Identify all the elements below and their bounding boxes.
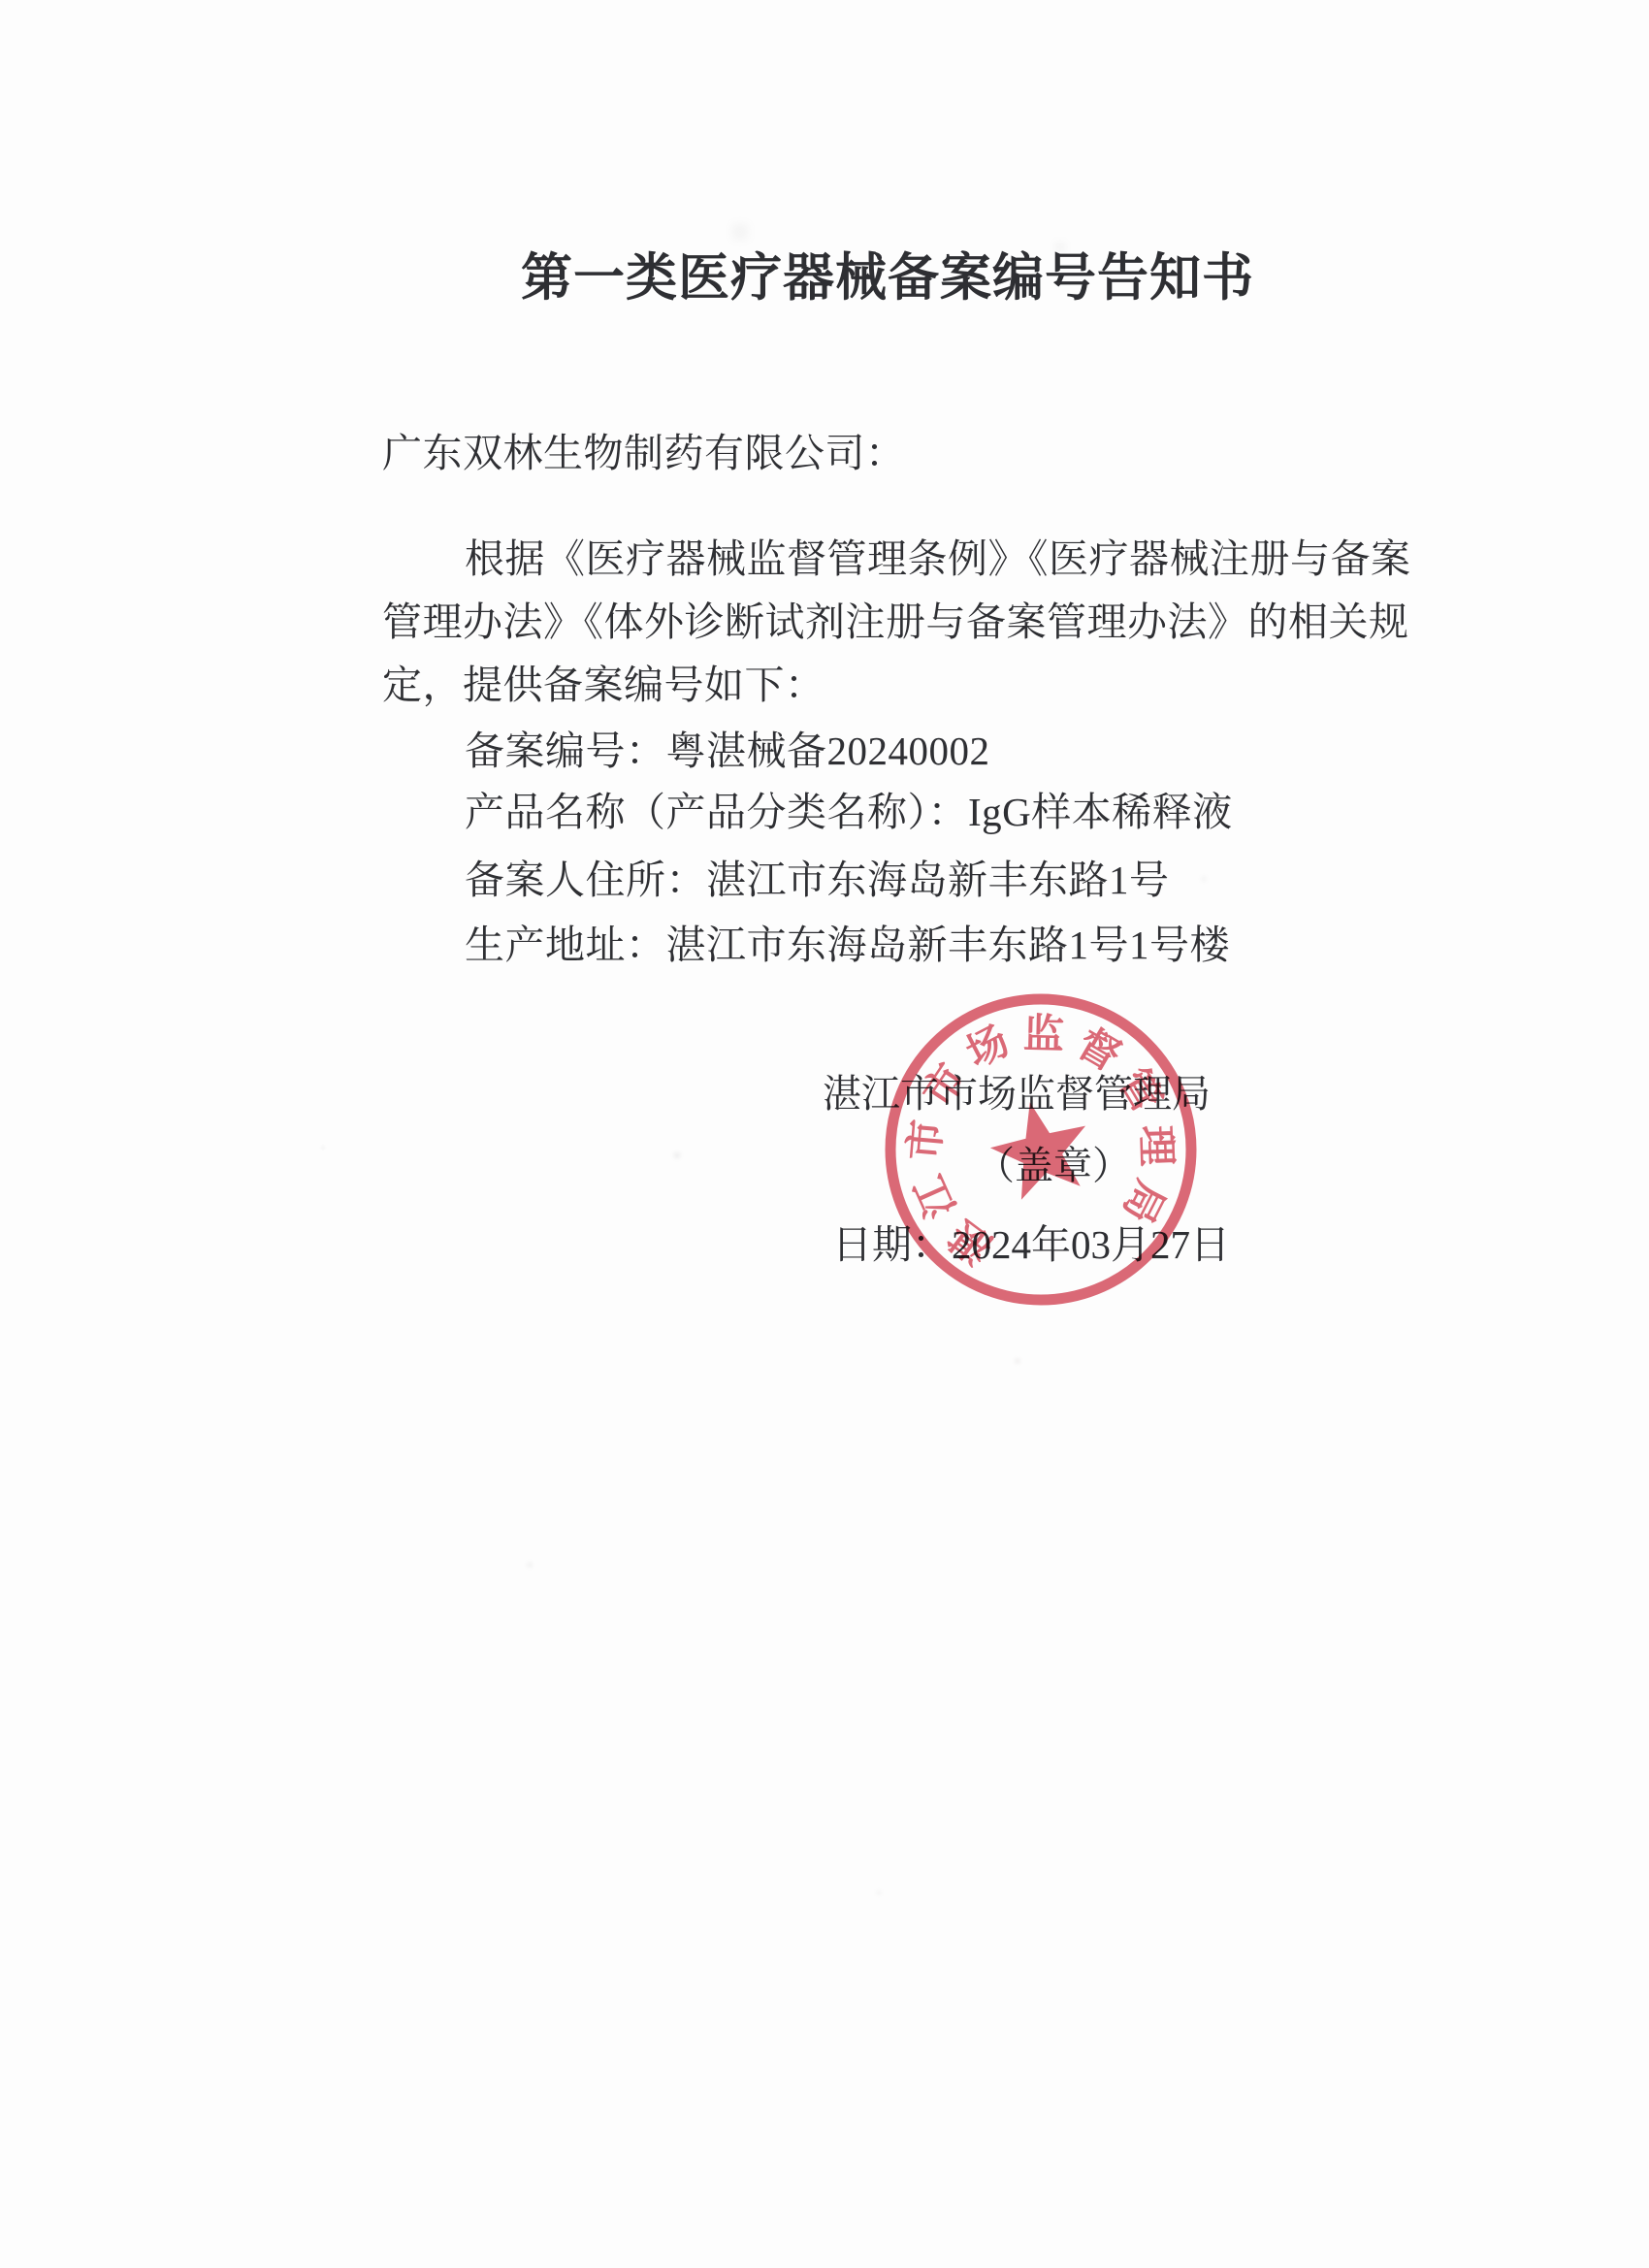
- detail-line-product-name: 产品名称（产品分类名称）：IgG样本稀释液: [465, 780, 1233, 837]
- registrant-address-label: 备案人住所：: [465, 858, 706, 902]
- stamp-arc-char: 市: [902, 1118, 951, 1162]
- filing-number-value: 粤湛械备20240002: [666, 729, 990, 773]
- stamp-arc-char: 监: [1022, 1012, 1064, 1058]
- product-name-value: IgG样本稀释液: [968, 790, 1233, 834]
- detail-line-filing-number: 备案编号：粤湛械备20240002: [465, 719, 990, 776]
- stamp-arc-char: 局: [1114, 1173, 1172, 1229]
- registrant-address-value: 湛江市东海岛新丰东路1号: [706, 858, 1170, 902]
- stamp-arc-char: 管: [1110, 1061, 1170, 1119]
- product-name-label: 产品名称（产品分类名称）：: [465, 790, 968, 834]
- official-stamp: 湛江市市场监督管理局: [876, 985, 1206, 1314]
- stamp-arc-char: 理: [1132, 1124, 1178, 1167]
- body-paragraph-line-2: 管理办法》《体外诊断试剂注册与备案管理办法》的相关规: [382, 590, 1409, 647]
- stamp-arc-char: 江: [908, 1169, 965, 1224]
- body-paragraph-line-1: 根据《医疗器械监督管理条例》《医疗器械注册与备案: [465, 527, 1411, 584]
- document-page: 第一类医疗器械备案编号告知书 广东双林生物制药有限公司： 根据《医疗器械监督管理…: [0, 0, 1649, 2268]
- stamp-arc-char: 市: [915, 1056, 975, 1116]
- production-address-value: 湛江市东海岛新丰东路1号1号楼: [666, 923, 1231, 967]
- detail-line-production-address: 生产地址：湛江市东海岛新丰东路1号1号楼: [465, 913, 1230, 970]
- star-icon: [983, 1091, 1099, 1204]
- stamp-arc-char: 督: [1070, 1021, 1128, 1081]
- addressee-line: 广东双林生物制药有限公司：: [382, 421, 906, 478]
- document-title: 第一类医疗器械备案编号告知书: [383, 237, 1392, 310]
- filing-number-label: 备案编号：: [465, 729, 666, 773]
- scan-noise: [0, 0, 2, 2]
- body-paragraph-line-3: 定，提供备案编号如下：: [382, 653, 825, 710]
- detail-line-registrant-address: 备案人住所：湛江市东海岛新丰东路1号: [465, 848, 1170, 905]
- stamp-arc-char: 场: [959, 1019, 1016, 1077]
- production-address-label: 生产地址：: [465, 923, 666, 967]
- stamp-arc-char: 湛: [942, 1211, 1002, 1272]
